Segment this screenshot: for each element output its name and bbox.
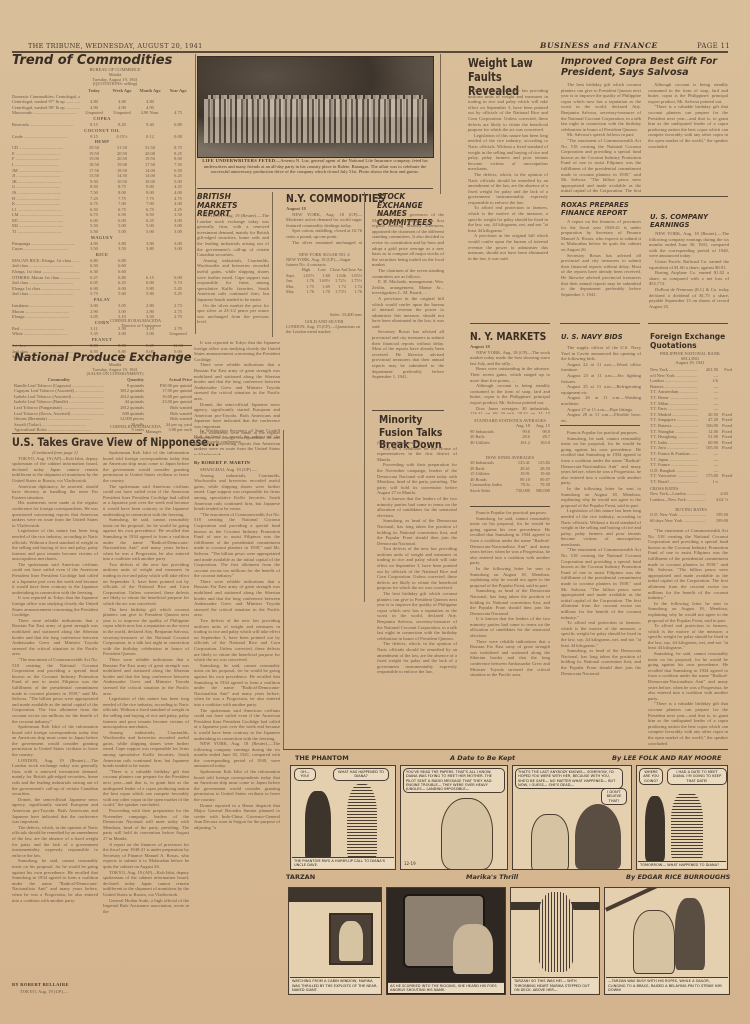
tarzan-panel-2: AS HE SCURRIED INTO THE RIGGING, SHE HEA… <box>386 887 506 995</box>
paragraph: Sumulong, as head of the Democrata Nacio… <box>470 588 550 616</box>
figure-marika <box>537 892 575 972</box>
weight-law-body: Two defects of the new law providing uni… <box>468 88 548 388</box>
paragraph: NEW YORK, Aug. 18 (CP)—Moderate active d… <box>286 212 362 229</box>
phantom-panel-4: WHERE ARE YOU GOING? I HAD A DATE TO MEE… <box>636 765 728 870</box>
paragraph: Among industrials, Courtaulds, Woolworth… <box>194 473 280 512</box>
speech-balloon: WHERE ARE YOU GOING? <box>639 768 663 785</box>
dow-label: Stock Sales <box>470 488 510 494</box>
figure-uncle-dave-face <box>441 798 493 870</box>
paragraph: "There is a valuable birthday gift that … <box>103 769 189 808</box>
dow-value: 580,000 <box>530 488 550 494</box>
paragraph: DuPont de Nemours (E.I.) & Co. today dec… <box>649 287 729 309</box>
cross-rate-row: London—New York4.02 ½ <box>650 497 732 503</box>
ny-averages-table: STANDARD STATISTICS AVERAGES Aug. 18Aug.… <box>470 418 550 445</box>
sugar-month: May <box>286 289 298 295</box>
paragraph: The best birthday gift which coconut pla… <box>377 591 457 641</box>
paragraph: In the following letter he sent to Sumul… <box>470 566 550 588</box>
paragraph: NEW YORK, Aug. 18 (Reuter).—The followin… <box>194 741 280 769</box>
paragraph: Sumulong, as head of the Democrata Nacio… <box>561 648 641 676</box>
commodity-value: 3.00 <box>164 246 192 252</box>
cross-rate-label: London—New York <box>650 497 706 503</box>
forex-buying-rates: BUYING RATES O.D. New York199.5060 days … <box>650 507 732 523</box>
phantom-title: THE PHANTOM <box>295 754 349 762</box>
paragraph: LONDON, Aug. 19 (Reuter).—The London sto… <box>12 758 98 797</box>
paragraph: Among industrials, Courtaulds, Woolworth… <box>103 730 189 769</box>
paragraph: August 23 at 11 a.m.—Six lighting fixtur… <box>561 373 641 384</box>
forex-note <box>718 479 732 485</box>
ny-commodities-body: August 18 NEW YORK, Aug. 18 (CP)—Moderat… <box>286 206 362 246</box>
commodity-label: Crude <box>12 134 80 140</box>
divider <box>470 506 550 507</box>
paragraph: Bears were outstanding in the advance. T… <box>470 366 550 383</box>
tarzan-episode: Marika's Thrill <box>466 873 518 881</box>
byline-martin: By ROBERT P. MARTIN <box>194 460 250 465</box>
paragraph: The board of governors of the Manila Sto… <box>372 212 444 268</box>
ny-markets-headline: N. Y. MARKETS <box>470 330 546 343</box>
commodity-label: 2nd class <box>12 291 80 297</box>
paragraph: August 28 at 11 a.m.—Flexible hose, etc. <box>561 412 641 423</box>
commodity-value: 0.08 <box>164 134 192 140</box>
nipponese-col-3: It was reported in Tokyo that the Japane… <box>194 340 280 455</box>
paragraph: Domei, the semi-official Japanese news a… <box>12 797 98 825</box>
figure-marika <box>339 921 363 961</box>
paragraph: On the silver market the price for spot … <box>197 303 269 325</box>
commodity-value: 4.90 Nom. <box>136 110 164 116</box>
paragraph: It is known that the leaders of the two … <box>377 496 457 518</box>
divider <box>470 323 550 324</box>
paragraph: General Hodan Araki, a high official of … <box>103 898 189 915</box>
paragraph: The defects, which, in the opinion of Na… <box>468 172 548 206</box>
commodity-value: 0.12 <box>136 134 164 140</box>
produce-table: Commodity Quantity Actual Price Bundle L… <box>14 377 192 433</box>
paragraph: A provision in the original bill which w… <box>468 233 548 261</box>
paragraph: It was reported in Tokyo that the Japane… <box>12 595 98 617</box>
commodity-value: 3.50 <box>108 246 136 252</box>
commodity-value: 5.00 <box>108 229 136 235</box>
divider <box>12 345 192 346</box>
tarzan-title: TARZAN <box>286 873 315 881</box>
column-rule <box>440 54 441 194</box>
commodity-value: 5.25 <box>164 291 192 297</box>
paragraph: TOKYO, Aug. 19 (AP)—Koh Ishii, deputy sp… <box>103 870 189 898</box>
earnings-body: NEW YORK, Aug. 18 (Reuter).—The followin… <box>649 231 729 319</box>
column-rule <box>364 192 365 602</box>
paragraph: Sumulong, he said, cannot reasonably ins… <box>12 858 98 903</box>
paragraph: The chairmen of the seven standing commi… <box>372 268 444 279</box>
paragraph: Spot cotton, middling, closed at 16.76 c… <box>286 228 362 239</box>
roxas-body: A report on the finances of provinces fo… <box>561 219 641 317</box>
commodity-value: 4.75 <box>164 110 192 116</box>
paragraph: It was reported in Tokyo that the Japane… <box>194 340 280 362</box>
paragraph: Sumulong, he said, cannot reasonably ins… <box>103 517 189 562</box>
paragraph: His statements were made at the regular … <box>12 500 98 528</box>
dow-value: 730,000 <box>510 488 530 494</box>
commodity-value: 5.60 <box>108 291 136 297</box>
photo-people-front <box>204 99 427 143</box>
sugar-table: NEW YORK SUGAR NO. 4 NEW YORK, Aug. 18 (… <box>286 252 362 295</box>
british-markets-body: LONDON, Aug. 19 (Reuter).—The London sto… <box>197 213 269 333</box>
commodity-row: Elonga3.053.103.502.70 <box>12 314 192 320</box>
commodity-value: 3.00 <box>164 229 192 235</box>
paragraph: Sumulong, he said, cannot reasonably ins… <box>561 436 641 486</box>
averages-row: 40 Utilities161.2163.8 <box>470 440 550 446</box>
paragraph: Two defects of the new law providing uni… <box>377 546 457 591</box>
paragraph: TOKYO, Aug. 19 (AP)—Koh Ishii, deputy sp… <box>12 456 98 484</box>
tarzan-panel-4: —TARZAN WAS BUSY WITH HIS ROPES, WHILE A… <box>604 887 730 995</box>
speech-balloon: I DON'T BELIEVE THAT! <box>601 788 627 805</box>
commodity-row: Resecada8.158.209.406.80 <box>12 122 192 128</box>
figure-marika <box>453 924 493 974</box>
divider <box>560 196 728 197</box>
commodity-label: Resecada <box>12 122 80 128</box>
figure-tarzan <box>633 910 675 974</box>
paragraph: Although coconut is being steadily consu… <box>648 82 728 104</box>
divider <box>560 323 640 324</box>
phantom-panel-2: YOU'VE READ THE PAPERS. THAT'S ALL I KNO… <box>400 765 508 870</box>
paragraph: "The enactment of Commonwealth Act No. 5… <box>194 512 280 579</box>
commodity-value: Unquoted <box>108 110 136 116</box>
column-rule <box>283 430 284 749</box>
paragraph: Among industrials, Courtaulds, Woolworth… <box>197 258 269 303</box>
phantom-panel-3: THAT'S THE LAST ANYBODY KNOWS— SOMEHOW, … <box>512 765 632 870</box>
commodity-value: 5.80 <box>136 291 164 297</box>
nipponese-col-2: Spokesman Koh Ishii of the information b… <box>103 450 189 990</box>
paragraph: Two defects of the new law providing uni… <box>194 618 280 663</box>
paragraph: In the following letter he sent to Sumul… <box>648 601 728 623</box>
paragraph: Francis Popular for practical purposes. <box>561 430 641 436</box>
commodity-value: 3.05 <box>80 314 108 320</box>
divider <box>648 323 728 324</box>
panel-caption: TOMORROW— WHAT HAPPENED TO DIANA? <box>638 861 726 868</box>
forex-label: T.T. Brazil <box>650 479 698 485</box>
byline: BY ROBERT BELLAIRE <box>12 982 69 987</box>
source-line: August 19, 1941 <box>650 361 730 366</box>
paragraph: Spokesman Koh Ishii of the information b… <box>103 450 189 484</box>
paragraph: Domei, the semi-official Japanese news a… <box>194 402 280 430</box>
phantom-panel-1: OH— YOU! WHAT HAS HAPPENED TO DIANA? THE… <box>290 765 396 870</box>
tarzan-panel-3: TARZAN! SO THIS WAS HE!— WITH THROBBING … <box>510 887 600 995</box>
paragraph: The supply officer of the U.S. Navy Yard… <box>561 345 641 362</box>
paragraph: Sumulong, as head of the Democrata Nacio… <box>377 518 457 546</box>
trend-of-commodities-title: Trend of Commodities <box>12 53 172 68</box>
gold-silver: Sales: 33,400 tons GOLD AND SILVER LONDO… <box>286 312 362 334</box>
paragraph: The defects, which, in the opinion of Na… <box>12 825 98 859</box>
phantom-episode: A Date to Be Kept <box>450 754 515 762</box>
paragraph: August 22 at 11 a.m.—Wood office furnitu… <box>561 362 641 373</box>
figure-phantom <box>347 784 377 859</box>
paragraph: Proceeding with their preparation for th… <box>377 462 457 496</box>
paragraph: Although coconut is being steadily consu… <box>470 383 550 405</box>
earnings-headline: U. S. COMPANY EARNINGS <box>650 213 730 229</box>
paragraph: August 25 at 11 a.m.—Refrigerating equip… <box>561 384 641 395</box>
paragraph: "The enactment of Commonwealth Act No. 5… <box>561 547 641 620</box>
sugar-dateline: NEW YORK, Aug. 18 (CP).—Sugar futures No… <box>286 257 362 267</box>
paragraph: A provision in the original bill which w… <box>372 296 444 330</box>
figure-uncle-dave <box>305 791 331 861</box>
paragraph: There were reliable indications that a R… <box>12 618 98 657</box>
forex-table: New York201.50Fwdo/d New York—London1/6B… <box>650 367 732 484</box>
column-rule <box>272 192 273 337</box>
produce-source: Manila Tuesday, August 19, 1941 (SALES O… <box>60 363 170 377</box>
commodity-value: 5.00 <box>136 229 164 235</box>
paragraph: Legislation of this nature has been long… <box>468 133 548 172</box>
copra-headline: Improved Copra Best Gift For President, … <box>561 56 741 78</box>
commodity-value: 0.15½ <box>108 134 136 140</box>
paragraph: LONDON, Aug. 19 (Reuter).—The London sto… <box>197 213 269 258</box>
paragraph: Two defects of the new law providing uni… <box>103 562 189 607</box>
paragraph: Spokesman Koh Ishii of the information b… <box>194 769 280 803</box>
paragraph: Boeing Airplane Co. earned $1.02 a share… <box>649 270 729 287</box>
buying-rate-value: 199.00 <box>706 518 728 524</box>
paragraph: "There is a valuable birthday gift that … <box>648 701 728 745</box>
paragraph: The best birthday gift which coconut pla… <box>103 607 189 657</box>
paragraph: Sumulong, he said, cannot reasonably ins… <box>470 516 550 566</box>
commodity-value: 8.15 <box>80 122 108 128</box>
paragraph: Legislation of this nature has been long… <box>12 528 98 562</box>
panel-caption: AS HE SCURRIED INTO THE RIGGING, SHE HEA… <box>388 982 504 993</box>
nipponese-col-1: (Continued from page 1) TOKYO, Aug. 19 (… <box>12 450 98 965</box>
cross-rate-value: 4.02 ½ <box>706 497 728 503</box>
paragraph: "The enactment of Commonwealth Act No. 5… <box>648 528 728 601</box>
paragraph: Proceeding with their preparation for th… <box>103 808 189 842</box>
paragraph: A report on the finances of provinces fo… <box>561 219 641 253</box>
trend-source: BUREAU OF COMMERCE Manila Tuesday, Augus… <box>60 68 170 87</box>
paragraph: August 26 at 11 a.m.—Washing machines. <box>561 395 641 406</box>
ny-markets-continued: Francis Popular for practical purposes. … <box>470 510 550 745</box>
paragraph: To afford real protection to farmers, wh… <box>468 205 548 233</box>
forex-cross-rates: CROSS RATES New York—London4.03London—Ne… <box>650 486 732 502</box>
paragraph: There were reliable indications that a R… <box>103 657 189 696</box>
cabin-window <box>329 913 373 965</box>
photo-caption: LIFE UNDERWRITERS FETED—Arsenio N. Luz, … <box>197 158 433 175</box>
divider <box>560 425 640 426</box>
paragraph: A report on the finances of provinces fo… <box>103 842 189 870</box>
panel-caption: TARZAN! SO THIS WAS HE!— WITH THROBBING … <box>512 977 598 993</box>
tarzan-credit: By EDGAR RICE BURROUGHS <box>626 873 730 881</box>
source-line: (QUOTATIONS: selling) <box>60 82 170 87</box>
copra-col-1: The best birthday gift which coconut pla… <box>561 82 641 194</box>
forex-value: 1-s <box>698 479 718 485</box>
paragraph: Sumulong, he said, cannot reasonably ins… <box>194 663 280 708</box>
divider <box>372 410 444 411</box>
column-rule <box>195 54 196 334</box>
figure-phantom <box>575 804 621 869</box>
panel-caption: WATCHING FROM A CABIN WINDOW, MARIKA WAS… <box>290 977 380 993</box>
figure-phantom <box>671 792 703 860</box>
buying-rate-label: 60 days New York <box>650 518 706 524</box>
paragraph: American diplomacy, he asserted, should … <box>12 484 98 501</box>
navy-bids-headline: U. S. NAVY BIDS <box>561 333 623 341</box>
paragraph: It is known that the leaders of the two … <box>470 616 550 638</box>
forex-headline: Foreign Exchange Quotations <box>650 332 745 350</box>
speech-balloon: YOU'VE READ THE PAPERS. THAT'S ALL I KNO… <box>403 768 505 793</box>
commodity-value: 9.40 <box>136 122 164 128</box>
sugar-value: 1.70 <box>314 289 330 295</box>
averages-value: 161.2 <box>510 440 530 446</box>
buying-rate-row: 60 days New York199.00 <box>650 518 732 524</box>
commodity-value: 6.80 <box>164 122 192 128</box>
sugar-row: May1.761.701.73½1.76 <box>286 289 362 295</box>
nipponese-col-3-lower: SHANGHAI, Aug. 19 (UP).— Among industria… <box>194 467 280 992</box>
paragraph: Domei reported in a Hanoi dispatch that … <box>194 803 280 831</box>
paragraph: Legislation of this nature has been long… <box>561 508 641 547</box>
paragraph: Secretary Roxas has advised all provinci… <box>372 329 444 379</box>
paragraph: The spokesman said American civilians co… <box>12 562 98 596</box>
paragraph: To afford real protection to farmers, wh… <box>561 620 641 648</box>
phantom-credit: By LEE FOLK AND RAY MOORE <box>612 754 722 762</box>
paragraph: There were reliable indications that a R… <box>194 579 280 618</box>
commodity-value: Unquoted <box>164 331 192 337</box>
dow-jones-table: DOW JONES AVERAGES 30 Industrials125.411… <box>470 455 550 494</box>
cabin-roof <box>289 888 381 902</box>
divider <box>12 433 142 434</box>
minority-fusion-col-2: Francis Popular for practical purposes. … <box>561 430 641 745</box>
produce-exchange-title: National Produce Exchange <box>14 350 192 364</box>
figure-sailor <box>675 898 705 970</box>
speech-balloon: OH— YOU! <box>294 768 316 781</box>
commodity-value: 3.80 <box>136 246 164 252</box>
forex-source: PHILIPPINE NATIONAL BANK SELLING August … <box>650 352 730 366</box>
figure-uncle-dave <box>531 814 569 870</box>
forex-row: T.T. Brazil1-s <box>650 479 732 485</box>
sugar-sales: Sales: 33,400 tons <box>286 312 362 317</box>
commodity-value: 8.20 <box>108 122 136 128</box>
paragraph: The best birthday gift which coconut pla… <box>561 82 641 132</box>
commodity-value: 3.00 <box>136 331 164 337</box>
figure-uncle-dave <box>645 796 665 861</box>
paragraph: Francis Popular for practical purposes. <box>470 510 550 516</box>
sugar-value: 1.73½ <box>330 289 346 295</box>
paragraph: Union Pacific Railroad Co. earned the eq… <box>649 259 729 270</box>
paragraph: His statements were made at the regular … <box>194 430 280 456</box>
paragraph: The silver remained unchanged at 34¾ cen… <box>286 240 362 246</box>
speech-balloon: I HAD A DATE TO MEET DIANA. I'M GOING TO… <box>667 768 727 785</box>
minority-fusion-col-3: "The enactment of Commonwealth Act No. 5… <box>648 528 728 745</box>
paragraph: There were reliable indications that a R… <box>194 362 280 401</box>
sugar-value: 1.76 <box>346 289 362 295</box>
trend-signature: CORNELIO BALMACEDA Director of Commerce <box>110 319 161 329</box>
paragraph: In the following letter he sent to Sumul… <box>561 486 641 508</box>
speech-balloon: WHAT HAS HAPPENED TO DIANA? <box>333 768 389 781</box>
paragraph: "There is a valuable birthday gift that … <box>648 104 728 149</box>
averages-value: 163.8 <box>530 440 550 446</box>
paragraph: E. H. Machado, management; Wm. Zeitlin, … <box>372 279 444 296</box>
copra-col-2: Although coconut is being steadily consu… <box>648 82 728 194</box>
signature-title: Director of Commerce <box>110 324 161 329</box>
caption-lead: LIFE UNDERWRITERS FETED— <box>202 158 280 163</box>
section-title: BUSINESS and FINANCE <box>540 41 658 50</box>
navy-bids-body: The supply officer of the U.S. Navy Yard… <box>561 345 641 423</box>
sugar-value: 1.76 <box>298 289 314 295</box>
averages-label: 40 Utilities <box>470 440 510 446</box>
paragraph: Sumulong, he said, cannot reasonably ins… <box>648 651 728 701</box>
paragraph: NEW YORK, Aug. 18 (CP)—The stock market … <box>470 350 550 367</box>
stock-exchange-body: The board of governors of the Manila Sto… <box>372 212 444 412</box>
dateline: TOKYO, Aug. 19 (UP)— <box>20 989 100 997</box>
paragraph: Legislation of this nature has been long… <box>103 696 189 730</box>
paragraph: The defects, which, in the opinion of Na… <box>377 641 457 675</box>
paragraph: Dow Jones averages: 30 industrials, 126.… <box>470 406 550 414</box>
ny-markets-body: August 18 NEW YORK, Aug. 18 (CP)—The sto… <box>470 344 550 414</box>
paragraph: Secretary Roxas has advised all provinci… <box>561 253 641 298</box>
paragraph: Two defects of the new law providing uni… <box>468 88 548 133</box>
divider <box>197 188 433 189</box>
nipponese-headline: U.S. Takes Grave View of Nipponese... <box>12 435 219 449</box>
tarzan-panel-1: WATCHING FROM A CABIN WINDOW, MARIKA WAS… <box>288 887 382 995</box>
commodity-row: T15.505.005.003.00 <box>12 229 192 235</box>
commodity-label: Muscovado <box>12 110 80 116</box>
comics-divider <box>283 749 728 750</box>
date-mark: 12-19 <box>404 861 416 866</box>
panel-caption: —TARZAN WAS BUSY WITH HIS ROPES, WHILE A… <box>606 977 728 993</box>
speech-balloon: THAT'S THE LAST ANYBODY KNOWS— SOMEHOW, … <box>515 768 623 789</box>
paragraph: will be a candidate for the House of rep… <box>377 446 457 463</box>
roxas-headline: ROXAS PREPARES FINANCE REPORT <box>561 201 641 217</box>
commodity-value: 5.50 <box>80 229 108 235</box>
commodity-label: Cuyas <box>12 246 80 252</box>
dow-row: Stock Sales730,000580,000 <box>470 488 550 494</box>
paragraph: There were reliable indications that a R… <box>470 639 550 678</box>
ny-commodities-headline: N.Y. COMMODITIES <box>286 192 385 205</box>
gold-dateline: LONDON, Aug. 19 (CP).—Quotations on the … <box>286 324 362 334</box>
paragraph: "The enactment of Commonwealth Act No. 5… <box>561 138 641 194</box>
paragraph: The spokesman said American civilians co… <box>194 708 280 742</box>
commodity-label: White <box>12 331 80 337</box>
commodity-label: T1 <box>12 229 80 235</box>
commodity-label: Elonga <box>12 314 80 320</box>
commodity-value: 2.70 <box>164 314 192 320</box>
paragraph: NEW YORK, Aug. 18 (Reuter).—The followin… <box>649 231 729 259</box>
paragraph: Spokesman Koh Ishii of the information b… <box>12 724 98 758</box>
page-number: PAGE 11 <box>697 42 730 50</box>
page-folio: THE TRIBUNE, WEDNESDAY, AUGUST 20, 1941 <box>28 42 203 50</box>
panel-caption: THE PHANTOM PAYS A HURRY-UP CALL TO DIAN… <box>292 857 394 868</box>
newspaper-page: THE TRIBUNE, WEDNESDAY, AUGUST 20, 1941 … <box>0 0 750 1024</box>
paragraph: The spokesman said American civilians co… <box>103 484 189 518</box>
minority-fusion-col-1: (Continued from page 1) will be a candid… <box>377 440 457 745</box>
paragraph: "The enactment of Commonwealth Act No. 5… <box>12 657 98 724</box>
group-photo <box>197 56 434 158</box>
paragraph: To afford real protection to farmers, wh… <box>648 623 728 651</box>
trend-table: Today Week Ago Month Ago Year Ago Domest… <box>12 88 192 360</box>
